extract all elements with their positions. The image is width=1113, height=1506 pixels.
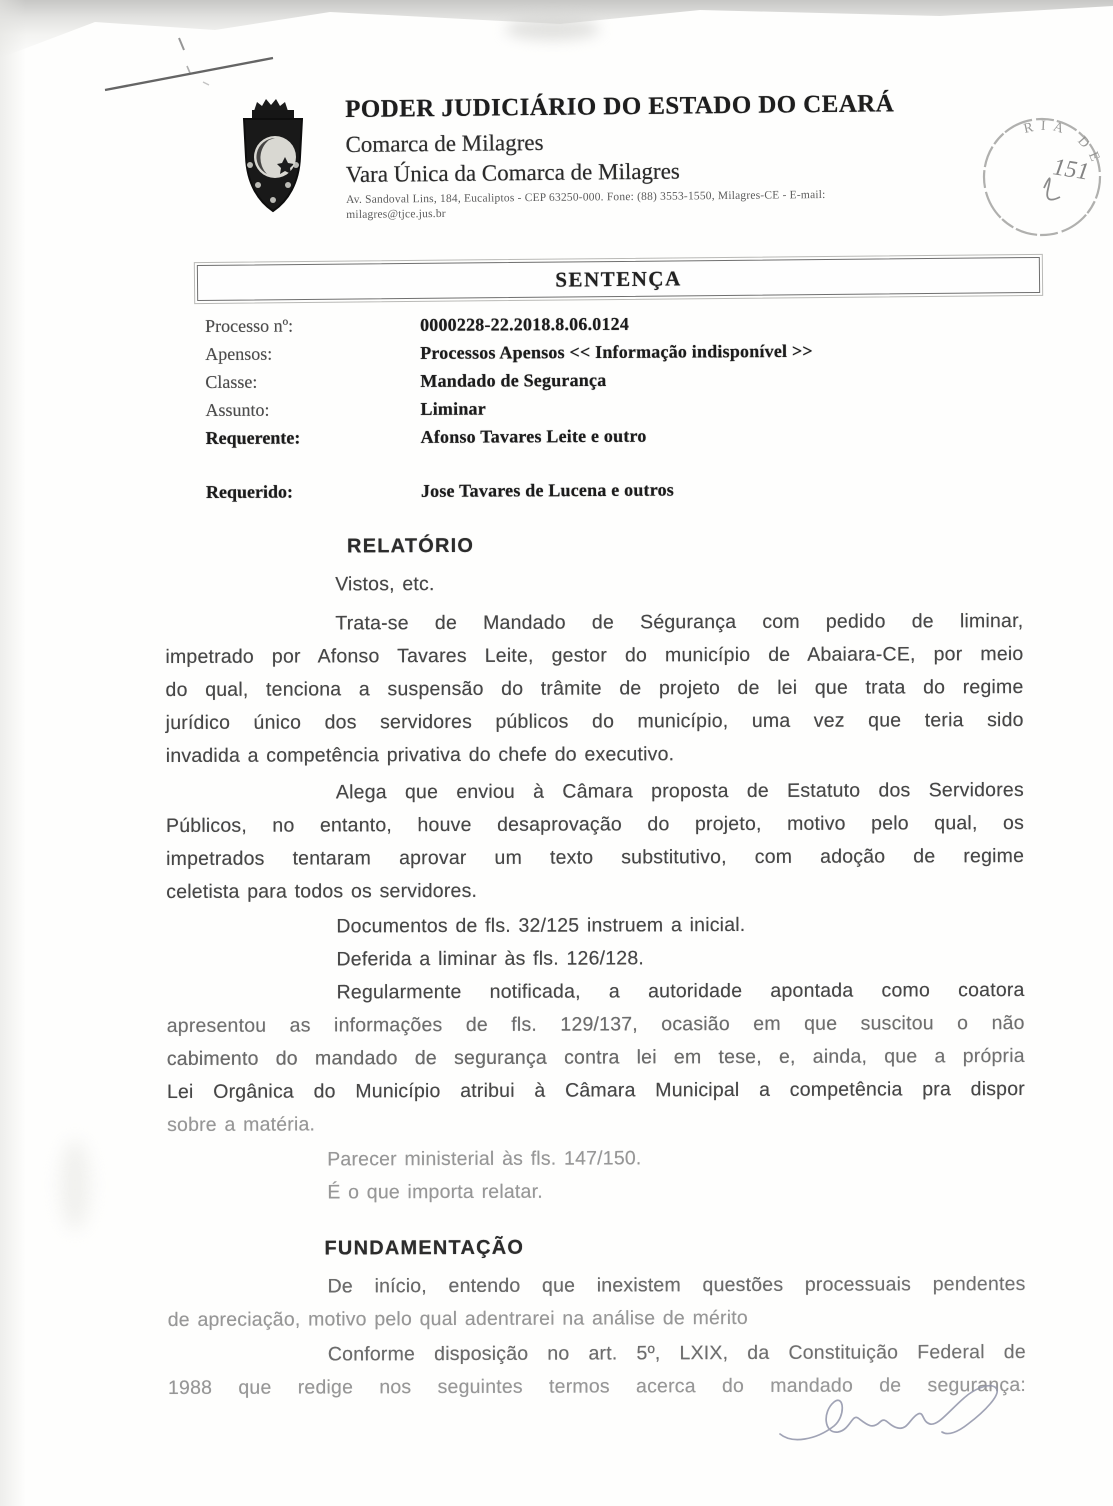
body-line: Lei Orgânica do Município atribui à Câma… (167, 1073, 1025, 1109)
body-line: sobre a matéria. (167, 1106, 1025, 1142)
body-line: Alega que enviou à Câmara proposta de Es… (166, 774, 1024, 810)
org-title: PODER JUDICIÁRIO DO ESTADO DO CEARÁ (345, 89, 985, 124)
document-title: SENTENÇA (555, 266, 682, 292)
body-line: invadida a competência privativa do chef… (166, 737, 1024, 773)
document-title-box: SENTENÇA (197, 257, 1040, 301)
case-label: Processo nº: (205, 315, 420, 337)
case-value: Mandado de Segurança (420, 370, 606, 392)
case-value: Processos Apensos << Informação indispon… (420, 341, 813, 364)
scan-smudge (60, 1140, 90, 1230)
case-info-row: Processo nº: 0000228-22.2018.8.06.0124 (205, 312, 965, 344)
body-line: do qual, tenciona a suspensão do trâmite… (165, 671, 1023, 707)
body-line: Conforme disposição no art. 5º, LXIX, da… (168, 1336, 1026, 1372)
body-line: Públicos, no entanto, houve desaprovação… (166, 807, 1024, 843)
ceara-coat-of-arms-icon (236, 97, 310, 228)
handwritten-signature (772, 1382, 1022, 1467)
case-label: Assunto: (205, 399, 420, 421)
case-label: Requerido: (206, 481, 421, 503)
round-ink-stamp: RIA DE 151 (972, 82, 1112, 262)
body-line: impetrados tentaram aprovar um texto sub… (166, 840, 1024, 876)
stamp-hand-number: 151 (1051, 154, 1091, 185)
scan-left-edge-shadow (0, 0, 26, 1506)
body-line: Vistos, etc. (165, 566, 1023, 602)
case-value: Jose Tavares de Lucena e outros (421, 480, 674, 502)
case-info-block: Processo nº: 0000228-22.2018.8.06.0124 A… (205, 312, 966, 510)
document-letterhead: PODER JUDICIÁRIO DO ESTADO DO CEARÁ Coma… (345, 89, 986, 223)
body-line: É o que importa relatar. (167, 1174, 1025, 1210)
body-line: Regularmente notificada, a autoridade ap… (167, 974, 1025, 1010)
scan-smudge (505, 18, 600, 40)
body-line: Deferida a liminar às fls. 126/128. (166, 941, 1024, 977)
case-info-row: Requerente: Afonso Tavares Leite e outro (206, 424, 966, 456)
body-line: impetrado por Afonso Tavares Leite, gest… (165, 638, 1023, 674)
case-value: Afonso Tavares Leite e outro (421, 426, 647, 448)
body-line: De início, entendo que inexistem questõe… (168, 1268, 1026, 1304)
case-info-row: Requerido: Jose Tavares de Lucena e outr… (206, 478, 966, 510)
body-line: jurídico único dos servidores públicos d… (166, 704, 1024, 740)
case-label: Requerente: (206, 427, 421, 449)
body-line: celetista para todos os servidores. (166, 873, 1024, 909)
body-line: Parecer ministerial às fls. 147/150. (167, 1141, 1025, 1177)
case-label: Apensos: (205, 343, 420, 365)
scanned-court-document: { "header": { "org": "PODER JUDICIÁRIO D… (0, 0, 1113, 1506)
comarca-line: Comarca de Milagres (345, 125, 985, 158)
body-line: Documentos de fls. 32/125 instruem a ini… (166, 908, 1024, 944)
document-body: RELATÓRIO Vistos, etc. Trata-se de Manda… (165, 533, 1026, 1405)
case-value: Liminar (420, 399, 486, 420)
case-label: Classe: (205, 371, 420, 393)
case-info-row: Classe: Mandado de Segurança (205, 368, 965, 400)
case-info-row: Assunto: Liminar (205, 396, 965, 428)
body-line: apresentou as informações de fls. 129/13… (167, 1007, 1025, 1043)
relatorio-heading: RELATÓRIO (347, 533, 1023, 558)
fundamentacao-heading: FUNDAMENTAÇÃO (324, 1235, 1025, 1260)
body-line: Trata-se de Mandado de Ségurança com ped… (165, 605, 1023, 641)
vara-line: Vara Única da Comarca de Milagres (346, 155, 986, 188)
body-line: cabimento do mandado de segurança contra… (167, 1040, 1025, 1076)
case-info-row: Apensos: Processos Apensos << Informação… (205, 340, 965, 372)
case-value: 0000228-22.2018.8.06.0124 (420, 314, 629, 336)
body-line: de apreciação, motivo pelo qual adentrar… (168, 1301, 1026, 1337)
